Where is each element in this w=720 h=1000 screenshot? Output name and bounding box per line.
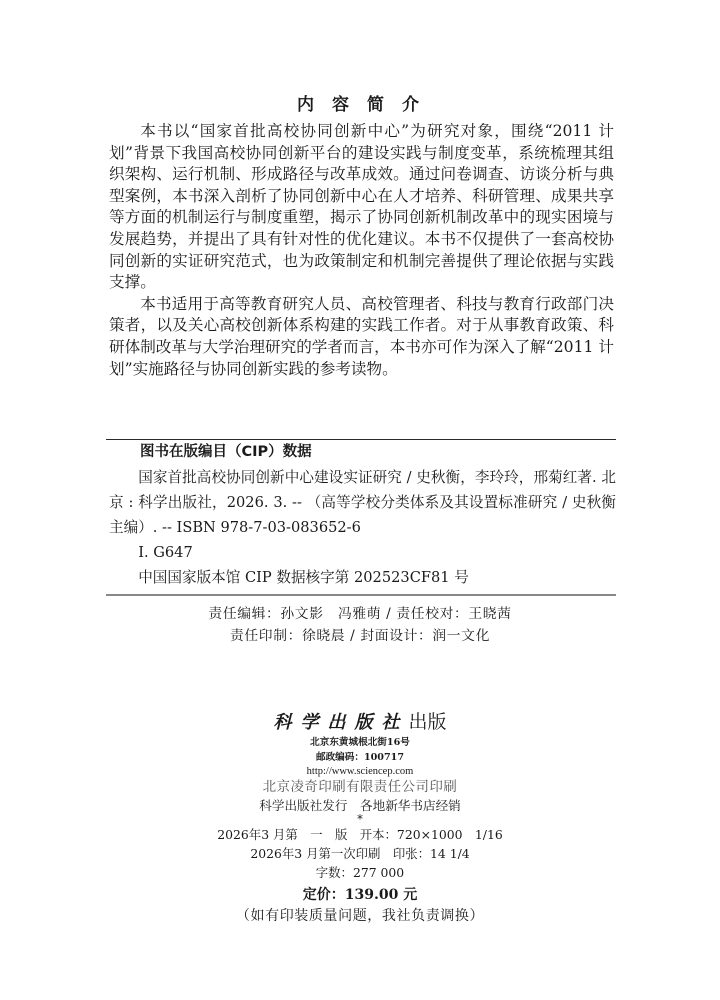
colophon: 科学出版社出版 北京东黄城根北街16号 邮政编码：100717 http://w… (0, 711, 720, 926)
cip-verification-number: 中国国家版本馆 CIP 数据核字第 202523CF81 号 (109, 565, 616, 590)
cip-record: 国家首批高校协同创新中心建设实证研究 / 史秋衡，李玲玲，邢菊红著. 北京 : … (109, 465, 616, 540)
cip-body: 国家首批高校协同创新中心建设实证研究 / 史秋衡，李玲玲，邢菊红著. 北京 : … (109, 465, 616, 590)
credits-editors-line: 责任编辑：孙文影 冯雅萌 / 责任校对：王晓茜 (0, 603, 720, 625)
printing-line: 2026年3 月第一次印刷 印张：14 1/4 (0, 844, 720, 863)
cip-classification: Ⅰ. G647 (109, 540, 616, 565)
printer-name: 北京凌奇印刷有限责任公司印刷 (0, 779, 720, 797)
edition-info: 2026年3 月第 一 版 开本：720×1000 1/16 2026年3 月第… (0, 825, 720, 882)
price: 定价：139.00 元 (0, 884, 720, 906)
word-count: 字数：277 000 (0, 863, 720, 882)
quality-notice: （如有印装质量问题，我社负责调换） (0, 906, 720, 926)
credits-production-line: 责任印制：徐晓晨 / 封面设计：润一文化 (0, 625, 720, 647)
summary-paragraph: 本书以“国家首批高校协同创新中心”为研究对象，围绕“2011 计划”背景下我国高… (109, 121, 614, 294)
publisher-url: http://www.sciencep.com (0, 765, 720, 779)
summary-body: 本书以“国家首批高校协同创新中心”为研究对象，围绕“2011 计划”背景下我国高… (109, 121, 614, 380)
publisher-line: 科学出版社出版 (0, 711, 720, 735)
publisher-postcode: 邮政编码：100717 (0, 750, 720, 765)
staff-credits: 责任编辑：孙文影 冯雅萌 / 责任校对：王晓茜 责任印制：徐晓晨 / 封面设计：… (0, 603, 720, 647)
summary-title: 内容简介 (0, 94, 720, 116)
edition-line: 2026年3 月第 一 版 开本：720×1000 1/16 (0, 825, 720, 844)
cip-bottom-rule (106, 594, 616, 596)
publisher-address: 北京东黄城根北街16号 (0, 735, 720, 750)
summary-paragraph: 本书适用于高等教育研究人员、高校管理者、科技与教育行政部门决策者，以及关心高校创… (109, 294, 614, 380)
separator-asterisk: * (0, 814, 720, 825)
publisher-suffix: 出版 (408, 712, 446, 733)
cip-top-rule (106, 439, 616, 440)
cip-heading: 图书在版编目（CIP）数据 (140, 441, 312, 463)
publisher-logo: 科学出版社 (273, 712, 408, 733)
